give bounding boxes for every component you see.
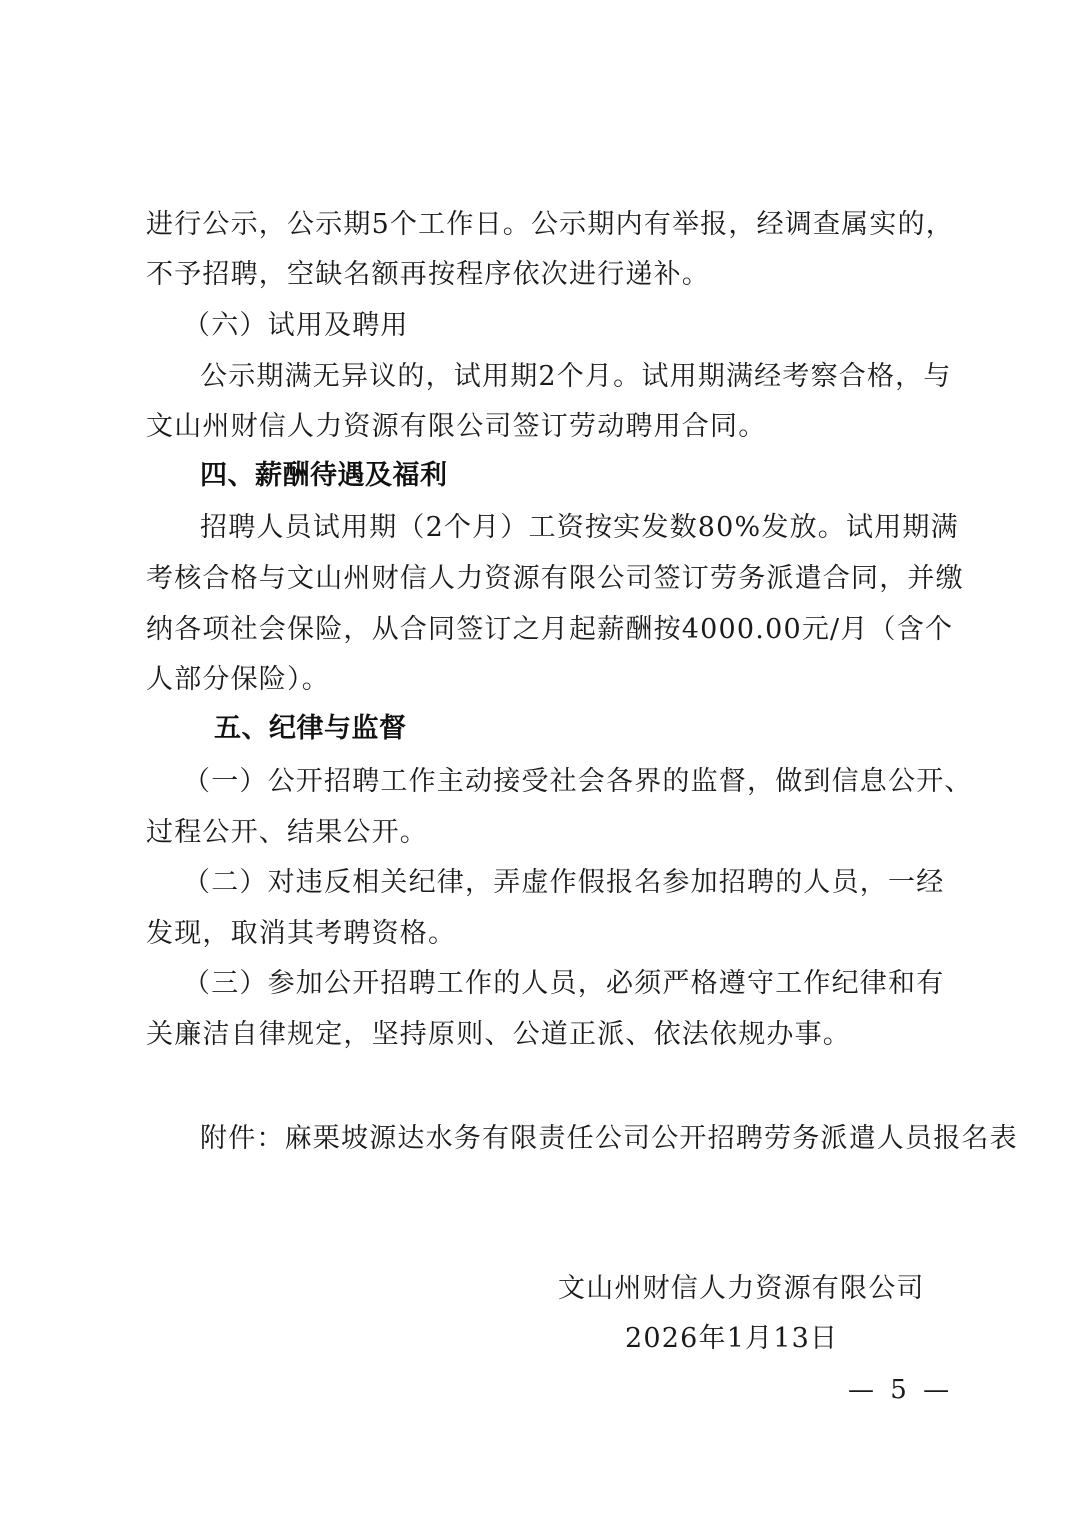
- paragraph-line: 招聘人员试用期（2个月）工资按实发数80%发放。试用期满: [200, 511, 959, 545]
- section-heading: 五、纪律与监督: [214, 712, 407, 746]
- paragraph-line: 公示期满无异议的，试用期2个月。试用期满经考察合格，与: [200, 360, 952, 394]
- paragraph-line: 文山州财信人力资源有限公司签订劳动聘用合同。: [146, 410, 766, 444]
- paragraph-line: （二）对违反相关纪律，弄虚作假报名参加招聘的人员，一经: [183, 866, 944, 900]
- paragraph-line: （三）参加公开招聘工作的人员，必须严格遵守工作纪律和有: [183, 967, 944, 1001]
- paragraph-line: 进行公示，公示期5个工作日。公示期内有举报，经调查属实的，: [146, 208, 954, 242]
- attachment-note: 附件：麻栗坡源达水务有限责任公司公开招聘劳务派遣人员报名表: [200, 1122, 1018, 1156]
- subsection-title: （六）试用及聘用: [183, 309, 409, 343]
- paragraph-line: 关廉洁自律规定，坚持原则、公道正派、依法依规办事。: [146, 1018, 851, 1052]
- page-number: — 5 —: [848, 1373, 953, 1407]
- paragraph-line: 过程公开、结果公开。: [146, 816, 428, 850]
- section-heading: 四、薪酬待遇及福利: [200, 459, 448, 493]
- signature-date: 2026年1月13日: [625, 1322, 838, 1356]
- paragraph-line: 不予招聘，空缺名额再按程序依次进行递补。: [146, 258, 710, 292]
- document-page: 进行公示，公示期5个工作日。公示期内有举报，经调查属实的， 不予招聘，空缺名额再…: [0, 0, 1080, 1527]
- paragraph-line: 纳各项社会保险，从合同签订之月起薪酬按4000.00元/月（含个: [146, 613, 953, 647]
- paragraph-line: （一）公开招聘工作主动接受社会各界的监督，做到信息公开、: [183, 765, 973, 799]
- paragraph-line: 发现，取消其考聘资格。: [146, 917, 456, 951]
- paragraph-line: 人部分保险）。: [146, 663, 330, 697]
- signature-organization: 文山州财信人力资源有限公司: [558, 1272, 925, 1306]
- paragraph-line: 考核合格与文山州财信人力资源有限公司签订劳务派遣合同，并缴: [146, 562, 964, 596]
